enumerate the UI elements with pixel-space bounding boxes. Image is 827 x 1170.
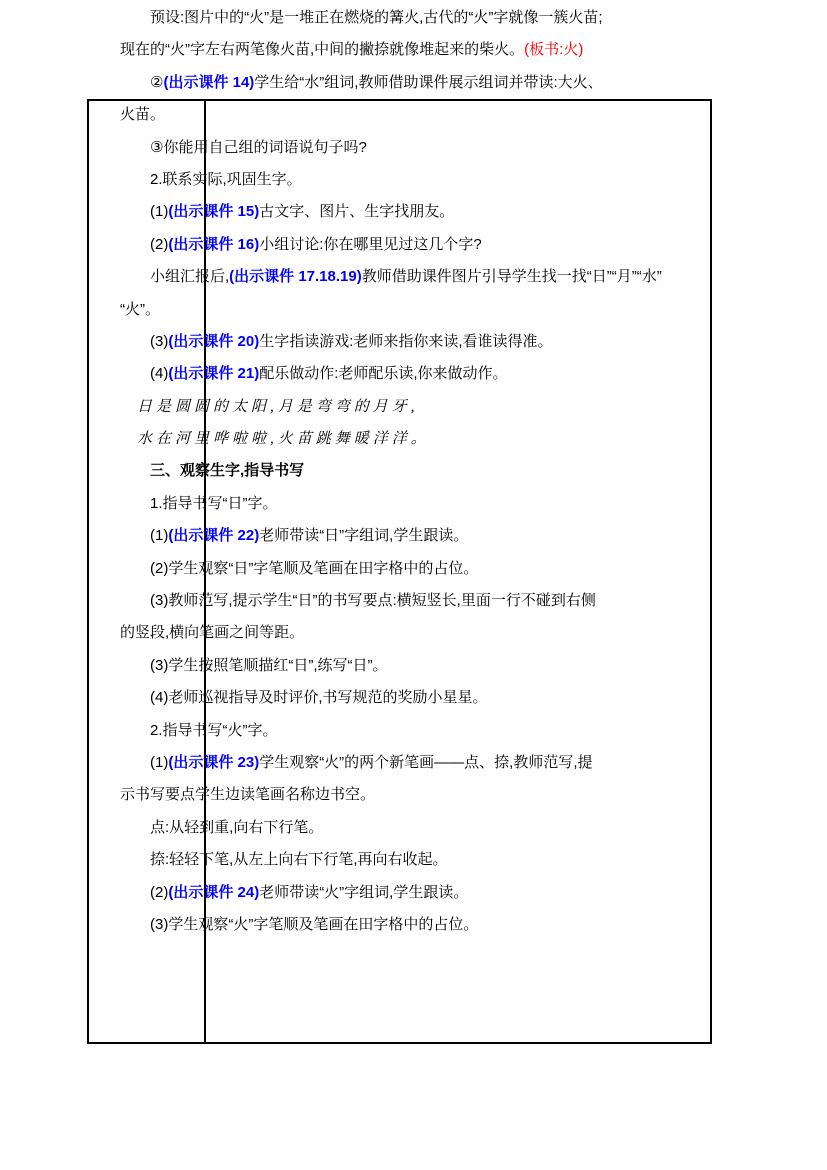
- text-segment: 三、观察生字,指导书写: [150, 462, 304, 479]
- text-segment: 学生观察“火”的两个新笔画——点、捺,教师范写,提: [259, 754, 592, 771]
- text-line: ②(出示课件 14)学生给“水”组词,教师借助课件展示组词并带读:大火、: [120, 67, 670, 99]
- text-segment: 教师借助课件图片引导学生找一找“日”“月”“水”: [362, 268, 662, 285]
- text-segment: 老师带读“火”字组词,学生跟读。: [259, 884, 468, 901]
- text-line: (1)(出示课件 15)古文字、图片、生字找朋友。: [120, 196, 670, 228]
- text-segment: (出示课件 24): [168, 884, 259, 901]
- text-segment: (出示课件 16): [168, 236, 259, 253]
- document-page: 预设:图片中的“火”是一堆正在燃烧的篝火,古代的“火”字就像一簇火苗;现在的“火…: [0, 0, 827, 1170]
- text-segment: (4)老师巡视指导及时评价,书写规范的奖励小星星。: [150, 689, 488, 706]
- text-line: 的竖段,横向笔画之间等距。: [120, 617, 670, 649]
- text-segment: 预设:图片中的“火”是一堆正在燃烧的篝火,古代的“火”字就像一簇火苗;: [150, 9, 603, 26]
- text-segment: (出示课件 20): [168, 333, 259, 350]
- text-segment: (出示课件 21): [168, 365, 259, 382]
- text-line: (1)(出示课件 23)学生观察“火”的两个新笔画——点、捺,教师范写,提: [120, 747, 670, 779]
- text-segment: (出示课件 22): [168, 527, 259, 544]
- text-segment: (4): [150, 365, 168, 382]
- text-segment: ③你能用自己组的词语说句子吗?: [150, 139, 367, 156]
- text-segment: (2): [150, 236, 168, 253]
- text-line: (3)学生观察“火”字笔顺及笔画在田字格中的占位。: [120, 909, 670, 941]
- text-segment: 小组讨论:你在哪里见过这几个字?: [259, 236, 482, 253]
- text-line: (3)(出示课件 20)生字指读游戏:老师来指你来读,看谁读得准。: [120, 326, 670, 358]
- text-line: 2.联系实际,巩固生字。: [120, 164, 670, 196]
- text-line: 2.指导书写“火”字。: [120, 715, 670, 747]
- text-segment: 1.指导书写“日”字。: [150, 495, 278, 512]
- text-line: (4)老师巡视指导及时评价,书写规范的奖励小星星。: [120, 682, 670, 714]
- text-segment: (2): [150, 884, 168, 901]
- text-segment: (3)学生观察“火”字笔顺及笔画在田字格中的占位。: [150, 916, 478, 933]
- text-line: 三、观察生字,指导书写: [120, 455, 670, 487]
- text-line: 1.指导书写“日”字。: [120, 488, 670, 520]
- text-line: 捺:轻轻下笔,从左上向右下行笔,再向右收起。: [120, 844, 670, 876]
- text-segment: 小组汇报后,: [150, 268, 229, 285]
- text-line: 示书写要点学生边读笔画名称边书空。: [120, 779, 670, 811]
- text-line: ③你能用自己组的词语说句子吗?: [120, 132, 670, 164]
- text-segment: 点:从轻到重,向右下行笔。: [150, 819, 323, 836]
- text-segment: (1): [150, 203, 168, 220]
- text-line: 预设:图片中的“火”是一堆正在燃烧的篝火,古代的“火”字就像一簇火苗;: [120, 2, 670, 34]
- text-segment: (出示课件 14): [163, 74, 254, 91]
- text-segment: (3): [150, 333, 168, 350]
- text-segment: 2.联系实际,巩固生字。: [150, 171, 302, 188]
- text-segment: 生字指读游戏:老师来指你来读,看谁读得准。: [259, 333, 552, 350]
- text-area: 预设:图片中的“火”是一堆正在燃烧的篝火,古代的“火”字就像一簇火苗;现在的“火…: [120, 2, 670, 941]
- text-line: (4)(出示课件 21)配乐做动作:老师配乐读,你来做动作。: [120, 358, 670, 390]
- text-line: (1)(出示课件 22)老师带读“日”字组词,学生跟读。: [120, 520, 670, 552]
- text-segment: (出示课件 15): [168, 203, 259, 220]
- text-segment: (3)学生按照笔顺描红“日”,练写“日”。: [150, 657, 387, 674]
- text-line: (3)教师范写,提示学生“日”的书写要点:横短竖长,里面一行不碰到右侧: [120, 585, 670, 617]
- text-segment: (3)教师范写,提示学生“日”的书写要点:横短竖长,里面一行不碰到右侧: [150, 592, 596, 609]
- text-segment: (出示课件 17.18.19): [229, 268, 362, 285]
- text-line: 火苗。: [120, 99, 670, 131]
- text-line: (2)学生观察“日”字笔顺及笔画在田字格中的占位。: [120, 553, 670, 585]
- text-line: 日是圆圆的太阳,月是弯弯的月牙,: [120, 391, 670, 423]
- text-line: (3)学生按照笔顺描红“日”,练写“日”。: [120, 650, 670, 682]
- text-line: 点:从轻到重,向右下行笔。: [120, 812, 670, 844]
- text-segment: 现在的“火”字左右两笔像火苗,中间的撇捺就像堆起来的柴火。: [120, 41, 524, 58]
- text-segment: 学生给“水”组词,教师借助课件展示组词并带读:大火、: [254, 74, 602, 91]
- text-segment: (1): [150, 527, 168, 544]
- text-segment: (板书:火): [524, 41, 583, 58]
- text-segment: (2)学生观察“日”字笔顺及笔画在田字格中的占位。: [150, 560, 478, 577]
- text-segment: 2.指导书写“火”字。: [150, 722, 278, 739]
- text-segment: “火”。: [120, 301, 160, 318]
- text-line: 水在河里哗啦啦,火苗跳舞暖洋洋。: [120, 423, 670, 455]
- text-segment: 捺:轻轻下笔,从左上向右下行笔,再向右收起。: [150, 851, 448, 868]
- text-segment: 的竖段,横向笔画之间等距。: [120, 624, 304, 641]
- text-line: 小组汇报后,(出示课件 17.18.19)教师借助课件图片引导学生找一找“日”“…: [120, 261, 670, 293]
- text-line: 现在的“火”字左右两笔像火苗,中间的撇捺就像堆起来的柴火。(板书:火): [120, 34, 670, 66]
- text-segment: 配乐做动作:老师配乐读,你来做动作。: [259, 365, 507, 382]
- text-segment: 示书写要点学生边读笔画名称边书空。: [120, 786, 375, 803]
- text-segment: 古文字、图片、生字找朋友。: [259, 203, 454, 220]
- text-segment: 日是圆圆的太阳,月是弯弯的月牙,: [137, 399, 419, 415]
- text-segment: 老师带读“日”字组词,学生跟读。: [259, 527, 468, 544]
- text-segment: (1): [150, 754, 168, 771]
- text-line: “火”。: [120, 294, 670, 326]
- text-segment: 火苗。: [120, 106, 165, 123]
- text-segment: ②: [150, 74, 163, 91]
- text-segment: (出示课件 23): [168, 754, 259, 771]
- text-line: (2)(出示课件 16)小组讨论:你在哪里见过这几个字?: [120, 229, 670, 261]
- text-segment: 水在河里哗啦啦,火苗跳舞暖洋洋。: [137, 431, 430, 447]
- text-line: (2)(出示课件 24)老师带读“火”字组词,学生跟读。: [120, 877, 670, 909]
